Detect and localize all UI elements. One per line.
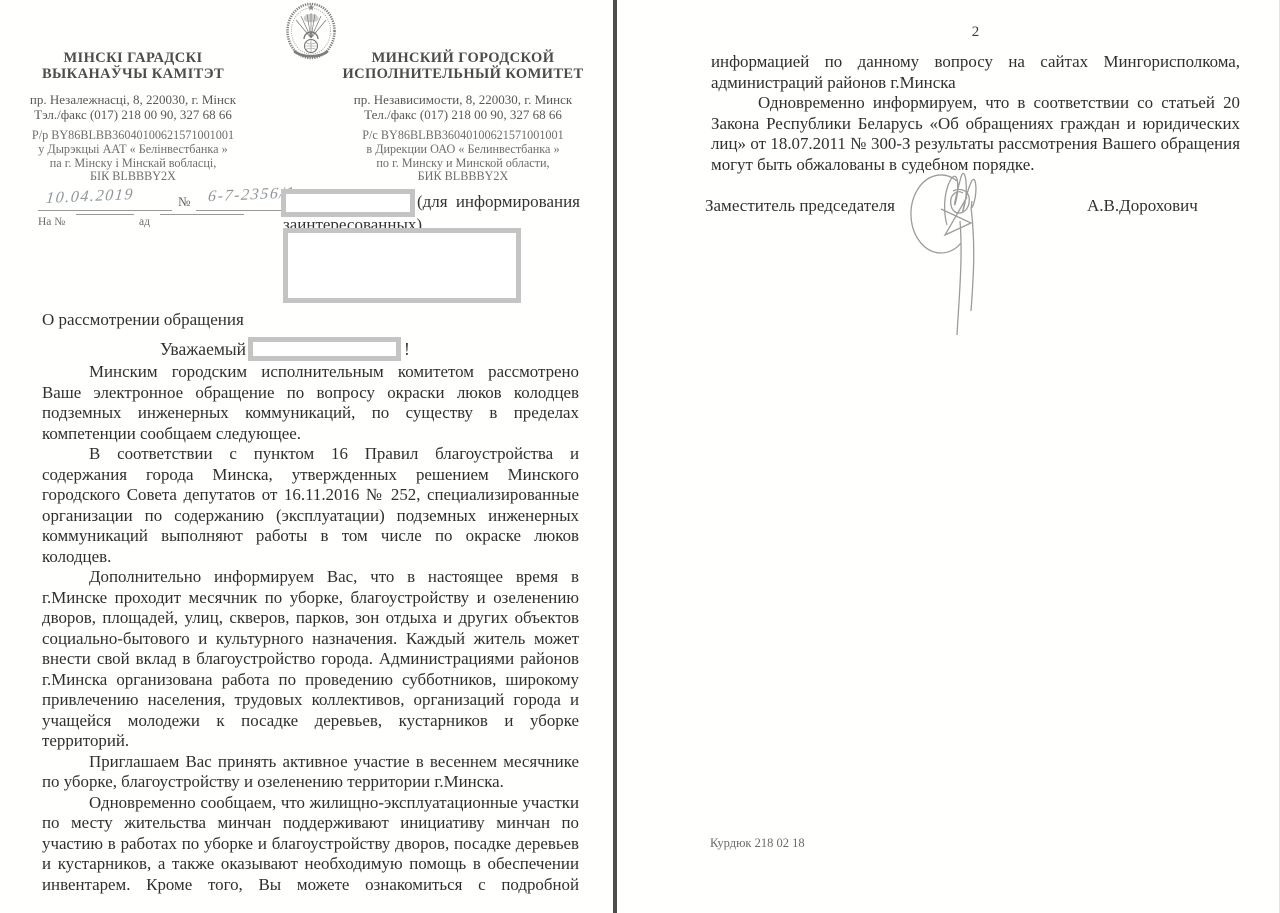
- signature-icon: [901, 163, 1001, 343]
- annotation-word: информирования: [456, 192, 580, 212]
- org-account-ru: Р/с BY86BLBB36040100621571001001: [342, 129, 584, 143]
- redaction-box-recipient-name: [248, 337, 401, 361]
- paragraph-continuation: информацией по данному вопросу на сайтах…: [711, 52, 1240, 93]
- letter-page-1: МІНСКІ ГАРАДСКІ ВЫКАНАЎЧЫ КАМІТЭТ пр. Не…: [0, 0, 613, 913]
- incoming-from-underline: [160, 214, 244, 215]
- date-underline: [38, 210, 172, 211]
- incoming-number-label: На №: [38, 216, 65, 228]
- org-address-by: пр. Незалежнасці, 8, 220030, г. Мінск: [28, 93, 238, 108]
- paragraph-3: Дополнительно информируем Вас, что в нас…: [42, 567, 579, 752]
- org-bik-by: БІК BLBBBY2X: [28, 170, 238, 184]
- letter-body-page2: информацией по данному вопросу на сайтах…: [711, 52, 1240, 175]
- number-sign-label: №: [178, 194, 190, 210]
- paragraph-5: Одновременно сообщаем, что жилищно-экспл…: [42, 793, 579, 896]
- incoming-from-label: ад: [139, 216, 150, 228]
- letter-page-2: 2 информацией по данному вопросу на сайт…: [617, 0, 1280, 913]
- org-address-ru: пр. Независимости, 8, 220030, г. Минск: [342, 93, 584, 108]
- paragraph-4: Приглашаем Вас принять активное участие …: [42, 752, 579, 793]
- redaction-box-addressee-block: [283, 228, 521, 303]
- scanned-letter: МІНСКІ ГАРАДСКІ ВЫКАНАЎЧЫ КАМІТЭТ пр. Не…: [0, 0, 1280, 913]
- executor-note: Курдюк 218 02 18: [710, 836, 805, 851]
- org-title-by-line1: МІНСКІ ГАРАДСКІ: [28, 50, 238, 66]
- paragraph-2: В соответствии с пунктом 16 Правил благо…: [42, 444, 579, 567]
- org-bank2-by: па г. Мінску і Мінскай вобласці,: [28, 157, 238, 171]
- org-bank2-ru: по г. Минску и Минской области,: [342, 157, 584, 171]
- org-title-ru-line2: ИСПОЛНИТЕЛЬНЫЙ КОМИТЕТ: [342, 66, 584, 82]
- handwritten-date: 10.04.2019: [45, 186, 135, 208]
- org-phone-ru: Тел./факс (017) 218 00 90, 327 68 66: [342, 108, 584, 123]
- belarus-coat-of-arms-icon: [284, 2, 338, 60]
- letter-body: Минским городским исполнительным комитет…: [42, 362, 579, 895]
- page-number: 2: [711, 24, 1240, 41]
- letterhead-russian: МИНСКИЙ ГОРОДСКОЙ ИСПОЛНИТЕЛЬНЫЙ КОМИТЕТ…: [342, 50, 584, 184]
- org-bank1-by: у Дырэкцыі ААТ « Белінвестбанка »: [28, 143, 238, 157]
- org-bik-ru: БИК BLBBBY2X: [342, 170, 584, 184]
- salutation-suffix: !: [404, 339, 410, 360]
- signature-job-title: Заместитель председателя: [705, 196, 895, 216]
- org-account-by: Р/р BY86BLBB36040100621571001001: [28, 129, 238, 143]
- annotation-open: (для: [417, 192, 448, 212]
- annotation-line-1: (для информирования: [417, 192, 580, 212]
- salutation-prefix: Уважаемый: [160, 339, 246, 360]
- org-title-by-line2: ВЫКАНАЎЧЫ КАМІТЭТ: [28, 66, 238, 82]
- paragraph-1: Минским городским исполнительным комитет…: [42, 362, 579, 444]
- signature-name: А.В.Дорохович: [1087, 196, 1198, 216]
- subject-line: О рассмотрении обращения: [42, 310, 244, 330]
- incoming-number-underline: [76, 214, 134, 215]
- org-bank1-ru: в Дирекции ОАО « Белинвестбанка »: [342, 143, 584, 157]
- letterhead-belarusian: МІНСКІ ГАРАДСКІ ВЫКАНАЎЧЫ КАМІТЭТ пр. Не…: [28, 50, 238, 184]
- org-title-ru-line1: МИНСКИЙ ГОРОДСКОЙ: [342, 50, 584, 66]
- number-underline: [196, 210, 284, 211]
- org-phone-by: Тэл./факс (017) 218 00 90, 327 68 66: [28, 108, 238, 123]
- redaction-box-addressee-line: [281, 189, 415, 217]
